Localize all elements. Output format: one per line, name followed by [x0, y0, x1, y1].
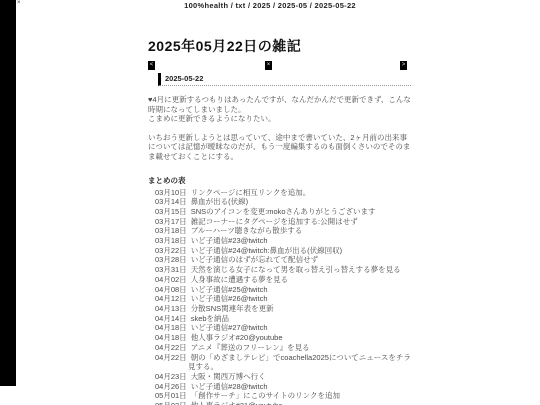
list-item: 04月22日アニメ『葬送のフリーレン』を見る: [155, 343, 411, 353]
list-item: 04月22日朝の「めざましテレビ」でcoachella2025についてニュースを…: [155, 353, 411, 372]
day-nav: < × >: [148, 61, 411, 72]
entry-text: skebを納品: [191, 314, 229, 323]
entry-date: 04月12日: [155, 294, 187, 303]
entry-date: 04月23日: [155, 372, 187, 381]
entry-text: 他人事ラジオ#20@youtube: [191, 333, 283, 342]
entry-date: 04月18日: [155, 323, 187, 332]
entry-date: 05月03日: [155, 401, 187, 405]
list-item: 03月14日鼻血が出る(伏線): [155, 197, 411, 207]
entry-text: 分散SNS関連年表を更新: [191, 304, 274, 313]
list-item: 04月18日他人事ラジオ#20@youtube: [155, 333, 411, 343]
list-item: 05月01日「創作サーチ」にこのサイトのリンクを追加: [155, 391, 411, 401]
list-item: 04月18日いど子通信#27@twitch: [155, 323, 411, 333]
entry-text: いど子通信のはずが忘れてて配信せず: [191, 255, 319, 264]
entry-date: 04月02日: [155, 275, 187, 284]
entry-date: 04月14日: [155, 314, 187, 323]
list-item: 04月14日skebを納品: [155, 314, 411, 324]
paragraph: いちおう更新しようとは思っていて、途中まで書いていた、2ヶ月前の出来事については…: [148, 133, 411, 162]
entry-text: いど子通信#28@twitch: [191, 382, 268, 391]
list-item: 03月10日リンクページに相互リンクを追加。: [155, 188, 411, 198]
main-content: 2025年05月22日の雑記 < × > 2025-05-22 ♥4月に更新する…: [148, 36, 411, 405]
entry-date: 03月18日: [155, 226, 187, 235]
entry-text: アニメ『葬送のフリーレン』を見る: [191, 343, 310, 352]
page-title: 2025年05月22日の雑記: [148, 36, 411, 56]
entry-text: いど子通信#24@twitch:鼻血が出る(伏線回収): [191, 246, 342, 255]
entry-text: リンクページに相互リンクを追加。: [191, 188, 311, 197]
entry-date: 04月08日: [155, 285, 187, 294]
entry-text: 鼻血が出る(伏線): [191, 197, 249, 206]
entry-date: 03月17日: [155, 217, 187, 226]
entry-text: 大阪・関西万博へ行く: [191, 372, 266, 381]
entry-date: 03月22日: [155, 246, 187, 255]
summary-table-heading: まとめの表: [148, 175, 411, 186]
list-item: 04月08日いど子通信#25@twitch: [155, 285, 411, 295]
entry-text: いど子通信#25@twitch: [191, 285, 268, 294]
breadcrumb[interactable]: 100%health / txt / 2025 / 2025-05 / 2025…: [0, 1, 540, 10]
entry-date: 03月14日: [155, 197, 187, 206]
list-item: 05月03日他人事ラジオ#21@youtube: [155, 401, 411, 405]
entry-date: 05月01日: [155, 391, 187, 400]
list-item: 04月23日大阪・関西万博へ行く: [155, 372, 411, 382]
entry-date: 03月28日: [155, 255, 187, 264]
date-heading-link[interactable]: 2025-05-22: [158, 73, 411, 86]
entry-date: 04月22日: [155, 343, 187, 352]
entry-date: 03月18日: [155, 236, 187, 245]
list-item: 03月15日SNSのアイコンを変更:mokoさんありがとうございます: [155, 207, 411, 217]
entry-date: 03月15日: [155, 207, 187, 216]
entry-text: 他人事ラジオ#21@youtube: [191, 401, 283, 405]
entry-date: 04月13日: [155, 304, 187, 313]
list-item: 04月13日分散SNS関連年表を更新: [155, 304, 411, 314]
entry-date: 04月26日: [155, 382, 187, 391]
list-item: 03月28日いど子通信のはずが忘れてて配信せず: [155, 255, 411, 265]
entry-date: 04月18日: [155, 333, 187, 342]
paragraph: ♥4月に更新するつもりはあったんですが、なんだかんだで更新できず、こんな時期にな…: [148, 95, 411, 124]
entry-text: 「創作サーチ」にこのサイトのリンクを追加: [191, 391, 340, 400]
list-item: 03月18日いど子通信#23@twitch: [155, 236, 411, 246]
entry-text: いど子通信#27@twitch: [191, 323, 268, 332]
list-item: 04月26日いど子通信#28@twitch: [155, 382, 411, 392]
entry-date: 03月31日: [155, 265, 187, 274]
entry-text: 雑記コーナーにタグページを追加する:公開はせず: [191, 217, 358, 226]
summary-list: 03月10日リンクページに相互リンクを追加。 03月14日鼻血が出る(伏線) 0…: [155, 188, 411, 405]
entry-date: 03月10日: [155, 188, 187, 197]
list-item: 04月02日人身事故に遭遇する夢を見る: [155, 275, 411, 285]
list-item: 03月17日雑記コーナーにタグページを追加する:公開はせず: [155, 217, 411, 227]
entry-text: 人身事故に遭遇する夢を見る: [191, 275, 289, 284]
entry-text: 朝の「めざましテレビ」でcoachella2025についてニュースをチラ見する。: [188, 353, 411, 372]
entry-text: 天然を演じる女子になって男を取っ替え引っ替えする夢を見る: [191, 265, 401, 274]
entry-text: ブルーハーツ聴きながら散歩する: [191, 226, 303, 235]
entry-text: SNSのアイコンを変更:mokoさんありがとうございます: [191, 207, 376, 216]
list-item: 03月31日天然を演じる女子になって男を取っ替え引っ替えする夢を見る: [155, 265, 411, 275]
list-item: 03月18日ブルーハーツ聴きながら散歩する: [155, 226, 411, 236]
index-button[interactable]: ×: [265, 61, 272, 70]
prev-day-button[interactable]: <: [148, 61, 155, 70]
list-item: 04月12日いど子通信#26@twitch: [155, 294, 411, 304]
next-day-button[interactable]: >: [400, 61, 407, 70]
entry-date: 04月22日: [155, 353, 187, 362]
left-frame-bar: [0, 0, 16, 386]
entry-text: いど子通信#26@twitch: [191, 294, 268, 303]
entry-text: いど子通信#23@twitch: [191, 236, 268, 245]
